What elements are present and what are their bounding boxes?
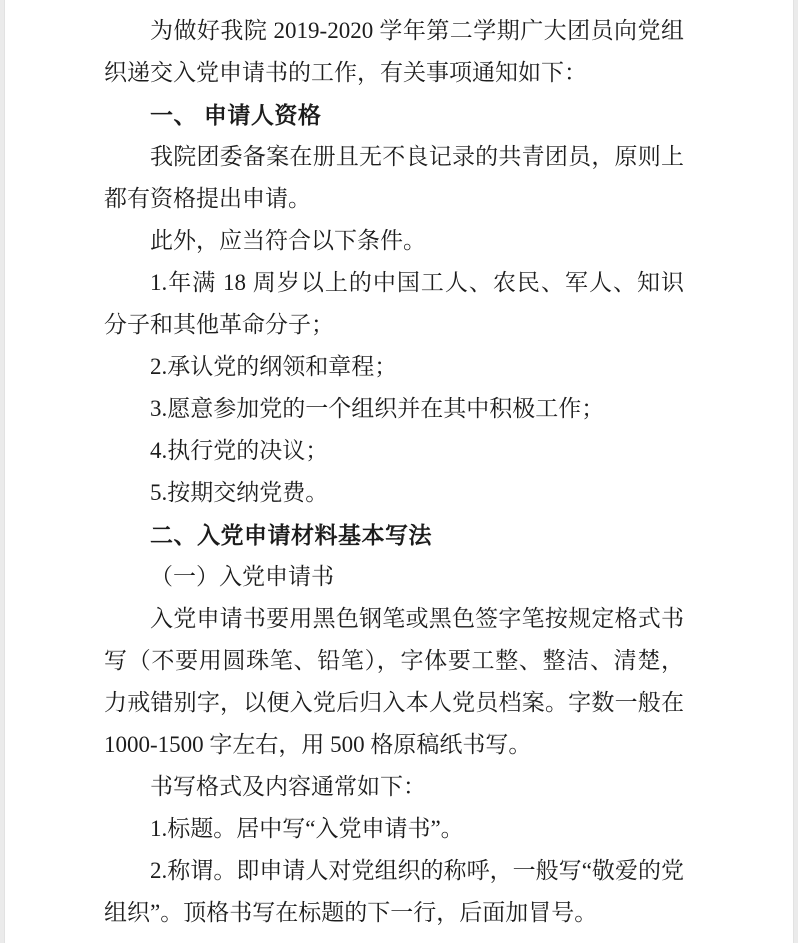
paragraph: 书写格式及内容通常如下：	[104, 766, 684, 808]
paragraph: 4.执行党的决议；	[104, 430, 684, 472]
paragraph: （一）入党申请书	[104, 556, 684, 598]
paragraph: 2.承认党的纲领和章程；	[104, 346, 684, 388]
page-edge-left	[0, 0, 5, 943]
document-content: 为做好我院 2019-2020 学年第二学期广大团员向党组织递交入党申请书的工作…	[104, 10, 684, 934]
section-heading: 一、 申请人资格	[104, 94, 684, 136]
section-heading: 二、入党申请材料基本写法	[104, 514, 684, 556]
paragraph: 2.称谓。即申请人对党组织的称呼，一般写“敬爱的党组织”。顶格书写在标题的下一行…	[104, 850, 684, 934]
document-page: 为做好我院 2019-2020 学年第二学期广大团员向党组织递交入党申请书的工作…	[0, 0, 798, 943]
paragraph: 5.按期交纳党费。	[104, 472, 684, 514]
paragraph: 1.标题。居中写“入党申请书”。	[104, 808, 684, 850]
paragraph: 我院团委备案在册且无不良记录的共青团员，原则上都有资格提出申请。	[104, 136, 684, 220]
paragraph: 3.愿意参加党的一个组织并在其中积极工作；	[104, 388, 684, 430]
page-edge-right	[793, 0, 798, 943]
paragraph: 此外，应当符合以下条件。	[104, 220, 684, 262]
paragraph: 1.年满 18 周岁以上的中国工人、农民、军人、知识分子和其他革命分子；	[104, 262, 684, 346]
paragraph: 为做好我院 2019-2020 学年第二学期广大团员向党组织递交入党申请书的工作…	[104, 10, 684, 94]
paragraph: 入党申请书要用黑色钢笔或黑色签字笔按规定格式书写（不要用圆珠笔、铅笔），字体要工…	[104, 598, 684, 766]
